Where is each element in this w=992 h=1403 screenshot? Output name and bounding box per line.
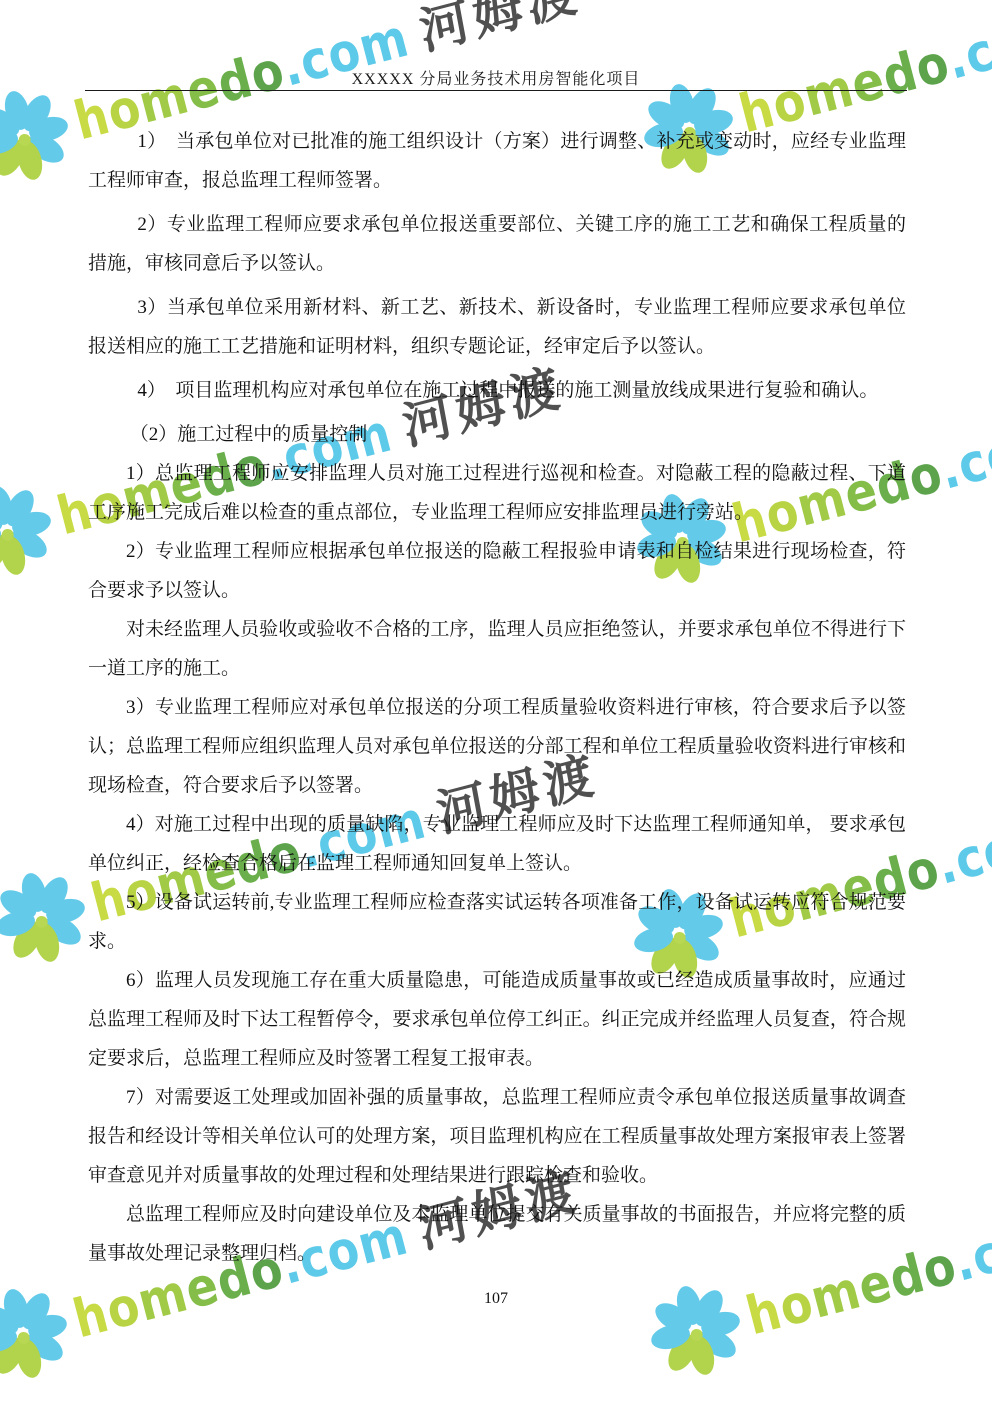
document-content: XXXXX 分局业务技术用房智能化项目 1） 当承包单位对已批准的施工组织设计（…: [0, 0, 992, 1403]
document-body: 1） 当承包单位对已批准的施工组织设计（方案）进行调整、补充或变动时，应经专业监…: [88, 122, 906, 1273]
paragraph: （2）施工过程中的质量控制: [88, 415, 906, 454]
paragraph: 1） 当承包单位对已批准的施工组织设计（方案）进行调整、补充或变动时，应经专业监…: [88, 122, 906, 200]
paragraph: 7）对需要返工处理或加固补强的质量事故，总监理工程师应责令承包单位报送质量事故调…: [88, 1078, 906, 1195]
header-rule: [85, 90, 907, 91]
document-page: homedo .com 河姆渡 homedo .com 河姆渡 homedo .…: [0, 0, 992, 1403]
paragraph: 4） 项目监理机构应对承包单位在施工过程中报送的施工测量放线成果进行复验和确认。: [88, 371, 906, 410]
header-title: XXXXX 分局业务技术用房智能化项目: [0, 66, 992, 89]
paragraph: 1）总监理工程师应安排监理人员对施工过程进行巡视和检查。对隐蔽工程的隐蔽过程、下…: [88, 454, 906, 532]
page-number: 107: [0, 1290, 992, 1308]
paragraph: 2）专业监理工程师应要求承包单位报送重要部位、关键工序的施工工艺和确保工程质量的…: [88, 205, 906, 283]
paragraph: 总监理工程师应及时向建设单位及本监理单位提交有关质量事故的书面报告，并应将完整的…: [88, 1195, 906, 1273]
paragraph: 6）监理人员发现施工存在重大质量隐患，可能造成质量事故或已经造成质量事故时，应通…: [88, 961, 906, 1078]
paragraph: 3）当承包单位采用新材料、新工艺、新技术、新设备时，专业监理工程师应要求承包单位…: [88, 288, 906, 366]
paragraph: 对未经监理人员验收或验收不合格的工序，监理人员应拒绝签认，并要求承包单位不得进行…: [88, 610, 906, 688]
paragraph: 4）对施工过程中出现的质量缺陷，专业监理工程师应及时下达监理工程师通知单， 要求…: [88, 805, 906, 883]
paragraph: 3）专业监理工程师应对承包单位报送的分项工程质量验收资料进行审核，符合要求后予以…: [88, 688, 906, 805]
paragraph: 2）专业监理工程师应根据承包单位报送的隐蔽工程报验申请表和自检结果进行现场检查，…: [88, 532, 906, 610]
paragraph: 5）设备试运转前,专业监理工程师应检查落实试运转各项准备工作，设备试运转应符合规…: [88, 883, 906, 961]
